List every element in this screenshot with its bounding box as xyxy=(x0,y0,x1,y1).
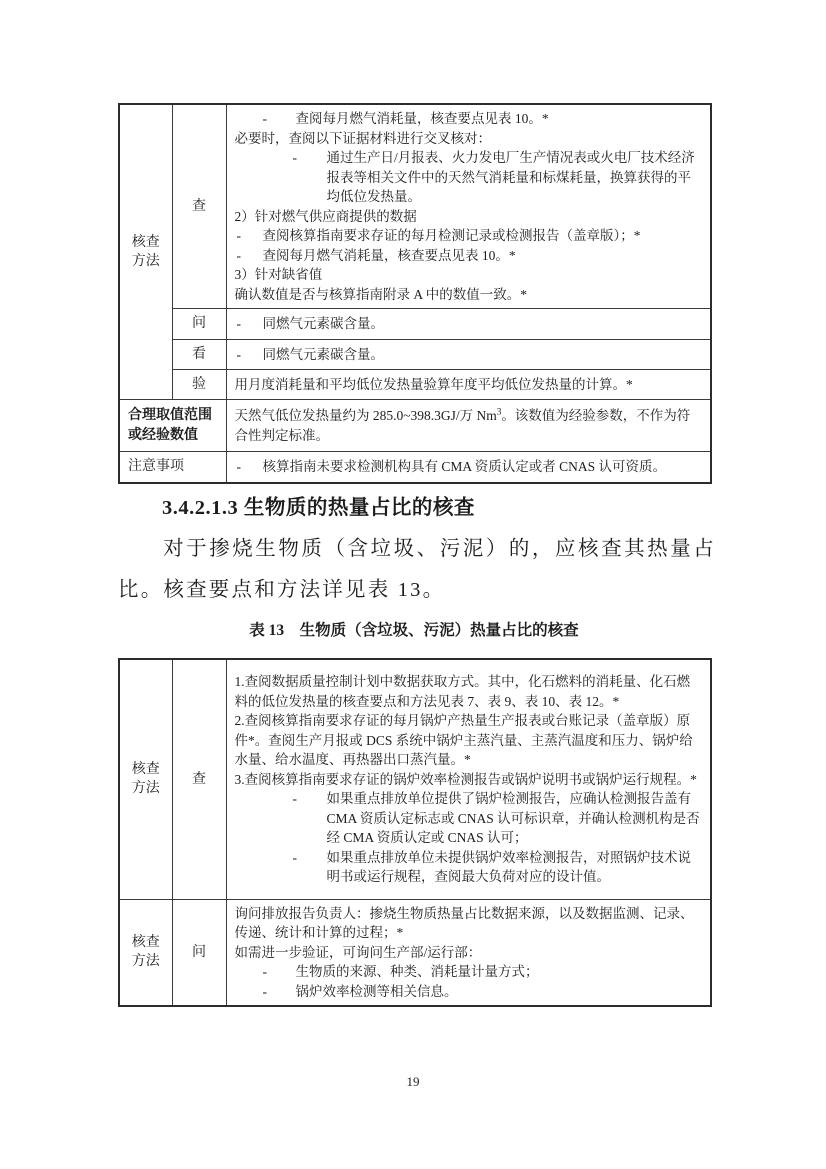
list-item-text: 询问排放报告负责人：掺烧生物质热量占比数据来源，以及数据监测、记录、传递、统计和… xyxy=(235,906,694,941)
bullet-dash: - xyxy=(237,345,242,365)
page-number: 19 xyxy=(0,1074,826,1090)
bullet-dash: - xyxy=(237,246,242,266)
list-item: 如需进一步验证，可询问生产部/运行部： xyxy=(235,943,703,963)
list-item-text: 查阅每月燃气消耗量，核查要点见表 10。* xyxy=(263,248,516,263)
key-ask: 问 xyxy=(192,945,206,960)
list-item-text: 1.查阅数据质量控制计划中数据获取方式。其中，化石燃料的消耗量、化石燃料的低位发… xyxy=(235,674,691,709)
list-item: -如果重点排放单位提供了锅炉检测报告，应确认检测报告盖有 CMA 资质认定标志或… xyxy=(235,789,703,848)
list-item: 3）针对缺省值 xyxy=(235,265,703,285)
bullet-dash: - xyxy=(263,962,268,982)
method-label-cell: 核查方法 xyxy=(119,659,172,899)
method-label: 核查方法 xyxy=(132,762,160,797)
list-item: 1.查阅数据质量控制计划中数据获取方式。其中，化石燃料的消耗量、化石燃料的低位发… xyxy=(235,672,703,711)
row-look: 看 -同燃气元素碳含量。 xyxy=(119,340,711,370)
method-label: 核查方法 xyxy=(132,235,160,270)
key-cell-ask: 问 xyxy=(172,899,226,1006)
bullet-dash: - xyxy=(263,982,268,1002)
list-item: -生物质的来源、种类、消耗量计量方式； xyxy=(235,962,703,982)
list-item-text: 用月度消耗量和平均低位发热量验算年度平均低位发热量的计算。* xyxy=(235,377,633,392)
list-item: 询问排放报告负责人：掺烧生物质热量占比数据来源，以及数据监测、记录、传递、统计和… xyxy=(235,904,703,943)
row-range: 合理取值范围或经验数值 天然气低位发热量约为 285.0~398.3GJ/万 N… xyxy=(119,400,711,452)
list-item-text: 如需进一步验证，可询问生产部/运行部： xyxy=(235,945,482,960)
method-label-cell: 核查方法 xyxy=(119,899,172,1006)
row-check: 核查方法 查 1.查阅数据质量控制计划中数据获取方式。其中，化石燃料的消耗量、化… xyxy=(119,659,711,899)
list-item: 3.查阅核算指南要求存证的锅炉效率检测报告或锅炉说明书或锅炉运行规程。* xyxy=(235,770,703,790)
bullet-dash: - xyxy=(293,789,298,809)
bullet-dash: - xyxy=(237,457,242,477)
row-ask: 问 -同燃气元素碳含量。 xyxy=(119,309,711,340)
list-item: -查阅核算指南要求存证的每月检测记录或检测报告（盖章版）；* xyxy=(235,226,703,246)
bullet-dash: - xyxy=(293,848,298,868)
method-label-cell: 核查方法 xyxy=(119,104,172,400)
notes-content-cell: -核算指南未要求检测机构具有 CMA 资质认定或者 CNAS 认可资质。 xyxy=(226,452,711,483)
list-item-text: 必要时，查阅以下证据材料进行交叉核对： xyxy=(235,131,492,146)
list-item-text: 2）针对燃气供应商提供的数据 xyxy=(235,209,417,224)
key-ask: 问 xyxy=(192,316,206,331)
list-item: -查阅每月燃气消耗量，核查要点见表 10。* xyxy=(235,246,703,266)
key-cell-check: 查 xyxy=(172,104,226,309)
key-cell-verify: 验 xyxy=(172,370,226,400)
row-ask: 核查方法 问 询问排放报告负责人：掺烧生物质热量占比数据来源，以及数据监测、记录… xyxy=(119,899,711,1006)
bullet-dash: - xyxy=(237,314,242,334)
ask-content-cell: 询问排放报告负责人：掺烧生物质热量占比数据来源，以及数据监测、记录、传递、统计和… xyxy=(226,899,711,1006)
row-verify: 验 用月度消耗量和平均低位发热量验算年度平均低位发热量的计算。* xyxy=(119,370,711,400)
row-notes: 注意事项 -核算指南未要求检测机构具有 CMA 资质认定或者 CNAS 认可资质… xyxy=(119,452,711,483)
key-look: 看 xyxy=(192,347,206,362)
list-item: -通过生产日/月报表、火力发电厂生产情况表或火电厂技术经济报表等相关文件中的天然… xyxy=(235,148,703,207)
list-item-text: 如果重点排放单位提供了锅炉检测报告，应确认检测报告盖有 CMA 资质认定标志或 … xyxy=(327,791,700,845)
key-cell-ask: 问 xyxy=(172,309,226,340)
key-verify: 验 xyxy=(192,377,206,392)
list-item-text: 如果重点排放单位未提供锅炉效率检测报告，对照锅炉技术说明书或运行规程，查阅最大负… xyxy=(327,850,692,885)
check-content-cell: 1.查阅数据质量控制计划中数据获取方式。其中，化石燃料的消耗量、化石燃料的低位发… xyxy=(226,659,711,899)
list-item-text: 查阅每月燃气消耗量，核查要点见表 10。* xyxy=(296,111,549,126)
method-label: 核查方法 xyxy=(132,935,160,970)
document-page: 核查方法 查 -查阅每月燃气消耗量，核查要点见表 10。* 必要时，查阅以下证据… xyxy=(0,0,826,1169)
list-item: 确认数值是否与核算指南附录 A 中的数值一致。* xyxy=(235,285,703,305)
key-cell-check: 查 xyxy=(172,659,226,899)
list-item: -查阅每月燃气消耗量，核查要点见表 10。* xyxy=(235,109,703,129)
section-heading: 3.4.2.1.3 生物质的热量占比的核查 xyxy=(118,490,802,520)
notes-label-cell: 注意事项 xyxy=(119,452,226,483)
list-item-text: 同燃气元素碳含量。 xyxy=(263,316,385,331)
list-item: 2.查阅核算指南要求存证的每月锅炉产热量生产报表或台账记录（盖章版）原件*。查阅… xyxy=(235,711,703,770)
list-item: 用月度消耗量和平均低位发热量验算年度平均低位发热量的计算。* xyxy=(235,375,703,395)
bullet-dash: - xyxy=(263,109,268,129)
range-label-cell: 合理取值范围或经验数值 xyxy=(119,400,226,452)
range-text: 天然气低位发热量约为 285.0~398.3GJ/万 Nm xyxy=(235,408,497,423)
key-check: 查 xyxy=(192,199,206,214)
list-item-text: 生物质的来源、种类、消耗量计量方式； xyxy=(296,964,539,979)
list-item-text: 确认数值是否与核算指南附录 A 中的数值一致。* xyxy=(235,287,528,302)
bullet-dash: - xyxy=(237,226,242,246)
check-content-cell: -查阅每月燃气消耗量，核查要点见表 10。* 必要时，查阅以下证据材料进行交叉核… xyxy=(226,104,711,309)
list-item: -锅炉效率检测等相关信息。 xyxy=(235,982,703,1002)
list-item: 2）针对燃气供应商提供的数据 xyxy=(235,207,703,227)
row-check: 核查方法 查 -查阅每月燃气消耗量，核查要点见表 10。* 必要时，查阅以下证据… xyxy=(119,104,711,309)
list-item-text: 2.查阅核算指南要求存证的每月锅炉产热量生产报表或台账记录（盖章版）原件*。查阅… xyxy=(235,713,693,767)
ask-content-cell: -同燃气元素碳含量。 xyxy=(226,309,711,340)
list-item-text: 3.查阅核算指南要求存证的锅炉效率检测报告或锅炉说明书或锅炉运行规程。* xyxy=(235,772,697,787)
list-item-text: 通过生产日/月报表、火力发电厂生产情况表或火电厂技术经济报表等相关文件中的天然气… xyxy=(327,150,695,204)
key-check: 查 xyxy=(192,772,206,787)
bullet-dash: - xyxy=(293,148,298,168)
list-item-text: 核算指南未要求检测机构具有 CMA 资质认定或者 CNAS 认可资质。 xyxy=(263,459,667,474)
section-paragraph: 对于掺烧生物质（含垃圾、污泥）的，应核查其热量占比。核查要点和方法详见表 13。 xyxy=(118,529,716,610)
list-item: -核算指南未要求检测机构具有 CMA 资质认定或者 CNAS 认可资质。 xyxy=(235,457,703,477)
list-item-text: 锅炉效率检测等相关信息。 xyxy=(296,984,458,999)
notes-label: 注意事项 xyxy=(128,459,184,474)
verification-table-gas-heating-value: 核查方法 查 -查阅每月燃气消耗量，核查要点见表 10。* 必要时，查阅以下证据… xyxy=(118,103,712,484)
verification-table-biomass-heat-ratio: 核查方法 查 1.查阅数据质量控制计划中数据获取方式。其中，化石燃料的消耗量、化… xyxy=(118,658,712,1007)
table-caption: 表 13 生物质（含垃圾、污泥）热量占比的核查 xyxy=(118,618,710,640)
list-item: -同燃气元素碳含量。 xyxy=(235,314,703,334)
verify-content-cell: 用月度消耗量和平均低位发热量验算年度平均低位发热量的计算。* xyxy=(226,370,711,400)
range-label: 合理取值范围或经验数值 xyxy=(128,408,212,443)
list-item-text: 查阅核算指南要求存证的每月检测记录或检测报告（盖章版）；* xyxy=(263,228,641,243)
list-item-text: 3）针对缺省值 xyxy=(235,267,323,282)
list-item-text: 同燃气元素碳含量。 xyxy=(263,347,385,362)
key-cell-look: 看 xyxy=(172,340,226,370)
list-item: -同燃气元素碳含量。 xyxy=(235,345,703,365)
list-item: 必要时，查阅以下证据材料进行交叉核对： xyxy=(235,129,703,149)
range-content-cell: 天然气低位发热量约为 285.0~398.3GJ/万 Nm3。该数值为经验参数，… xyxy=(226,400,711,452)
list-item: -如果重点排放单位未提供锅炉效率检测报告，对照锅炉技术说明书或运行规程，查阅最大… xyxy=(235,848,703,887)
look-content-cell: -同燃气元素碳含量。 xyxy=(226,340,711,370)
